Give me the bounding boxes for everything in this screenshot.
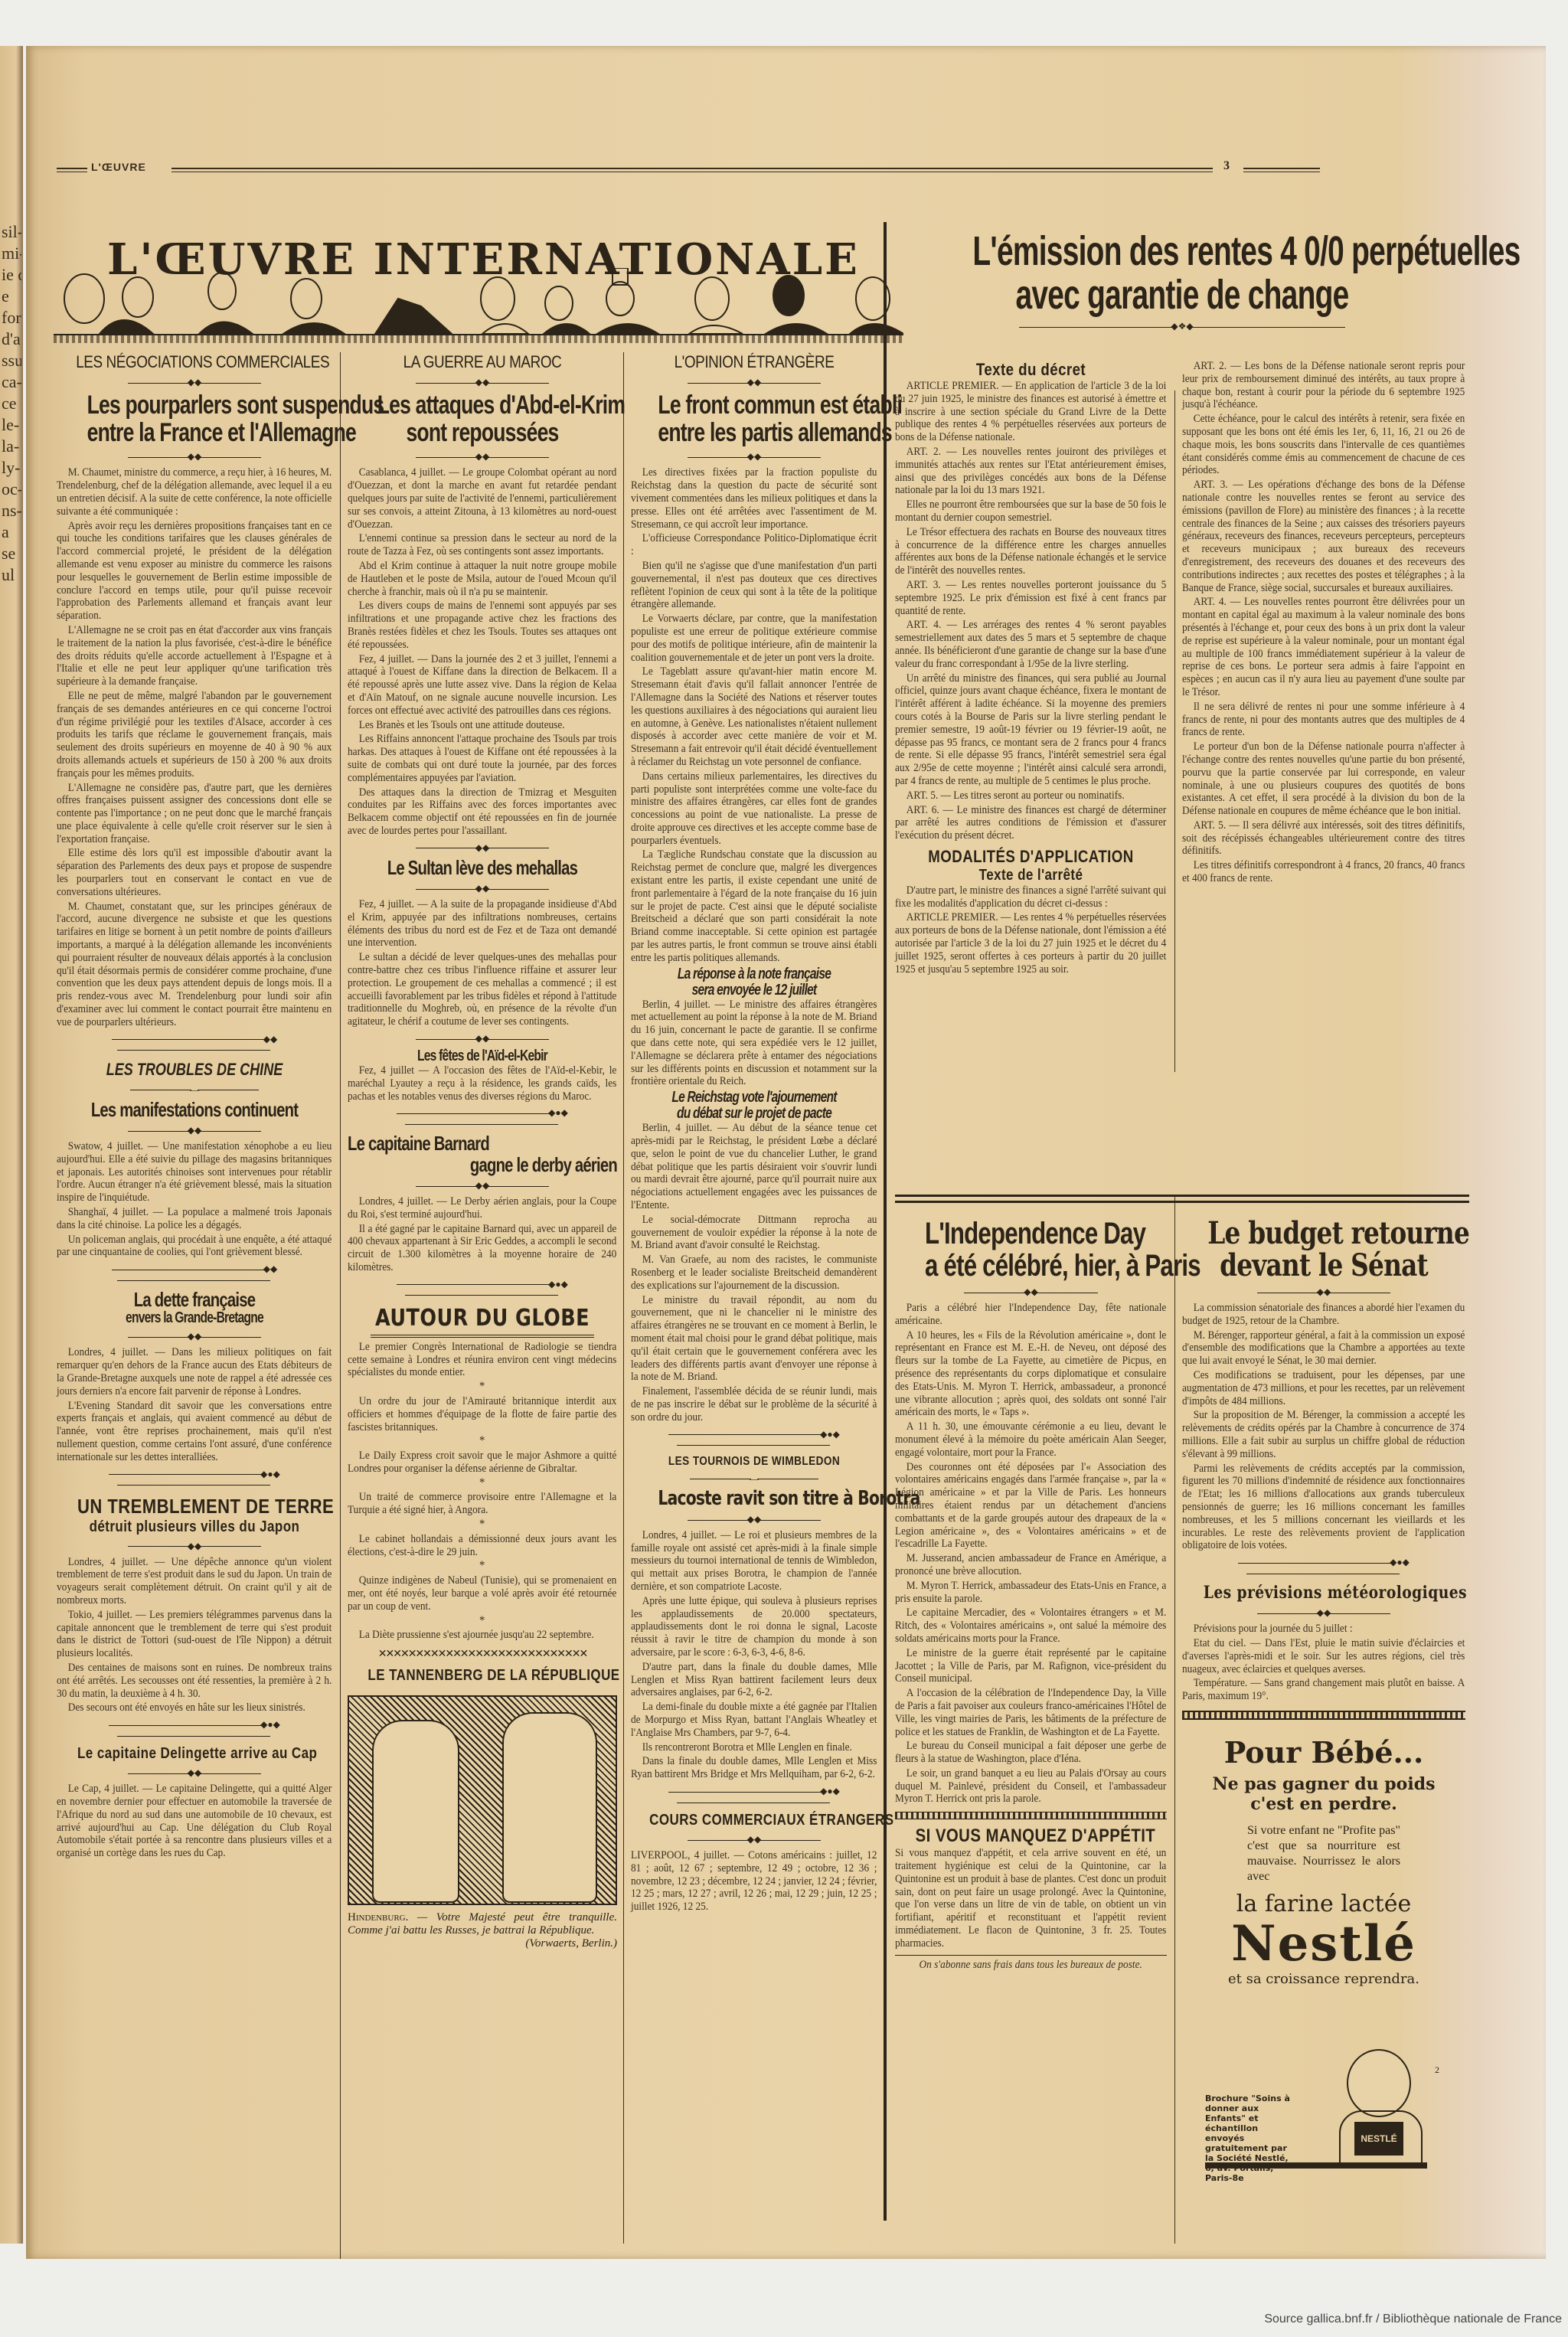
headline: L'Independence Day — [925, 1218, 1137, 1250]
article-body: ARTICLE PREMIER. — En application de l'a… — [895, 380, 1166, 842]
paragraph: M. Bérenger, rapporteur général, a fait … — [1182, 1329, 1465, 1368]
ornament-divider: ◆◆ — [348, 1033, 617, 1044]
paragraph: La commission sénatoriale des finances a… — [1182, 1302, 1465, 1328]
rule — [895, 1955, 1167, 1956]
ad-subtitle: c'est en perdre. — [1182, 1794, 1465, 1814]
column-rule — [340, 352, 341, 2259]
paragraph: ART. 6. — Le ministre des finances est c… — [895, 804, 1166, 842]
paragraph: Des attaques dans la direction de Tmizra… — [348, 786, 616, 838]
article-body: Londres, 4 juillet. — Dans les milieux p… — [57, 1346, 332, 1463]
column-commerce: LES NÉGOCIATIONS COMMERCIALES ◆◆ Les pou… — [57, 352, 332, 1861]
kicker: LES NÉGOCIATIONS COMMERCIALES — [76, 352, 313, 372]
paragraph: Un traité de commerce provisoire entre l… — [348, 1491, 616, 1517]
paragraph: L'Allemagne ne considère pas, d'autre pa… — [57, 782, 332, 846]
wavy-divider — [1182, 1711, 1465, 1720]
article-body: M. Chaumet, ministre du commerce, a reçu… — [57, 466, 332, 1028]
ornament-divider: ◆●◆ — [631, 1786, 877, 1807]
cross-divider: ✕✕✕✕✕✕✕✕✕✕✕✕✕✕✕✕✕✕✕✕✕✕✕✕✕✕✕✕ — [348, 1648, 617, 1661]
paragraph: Elle ne peut de même, malgré l'abandon p… — [57, 690, 332, 780]
ornament-divider: ◆◆ — [1182, 1607, 1465, 1618]
paragraph: Parmi les relèvements de crédits accepté… — [1182, 1463, 1465, 1553]
budget-article: Le budget retourne devant le Sénat ◆◆ La… — [1182, 1218, 1465, 2164]
ad-mark: 2 — [1435, 2064, 1439, 2076]
paragraph: Londres, 4 juillet. — Dans les milieux p… — [57, 1346, 332, 1397]
paragraph: Un arrêté du ministre des finances, qui … — [895, 672, 1166, 788]
rentes-column-right: ART. 2. — Les bons de la Défense nationa… — [1182, 360, 1465, 887]
ad-brochure-offer: Brochure "Soins à donner aux Enfants" et… — [1205, 2093, 1293, 2183]
paragraph: Etat du ciel. — Dans l'Est, pluie le mat… — [1182, 1637, 1465, 1675]
article-body: D'autre part, le ministre des finances a… — [895, 884, 1166, 976]
paragraph: ARTICLE PREMIER. — Les rentes 4 % perpét… — [895, 911, 1166, 976]
paragraph: Des couronnes ont été déposées par l'« A… — [895, 1461, 1166, 1551]
subheading: Texte du décret — [916, 360, 1147, 380]
headline: L'émission des rentes 4 0/0 perpétuelles — [972, 230, 1391, 273]
subheading: Texte de l'arrêté — [916, 867, 1147, 884]
headline: détruit plusieurs villes du Japon — [77, 1518, 312, 1536]
baby-illustration — [1347, 2049, 1411, 2117]
kicker: L'OPINION ÉTRANGÈRE — [648, 352, 861, 372]
headline: du débat sur le projet de pacte — [658, 1106, 850, 1122]
article-body: Berlin, 4 juillet. — Au début de la séan… — [631, 1122, 877, 1423]
paragraph: D'autre part, le ministre des finances a… — [895, 884, 1166, 910]
ornament-divider: ◆◆ — [57, 1034, 332, 1055]
headline: Le budget retourne — [1207, 1218, 1439, 1250]
rentes-column-left: Texte du décret ARTICLE PREMIER. — En ap… — [895, 360, 1167, 977]
paragraph: ART. 4. — Les arrérages des rentes 4 % s… — [895, 619, 1166, 670]
headline: entre les partis allemands — [658, 420, 850, 447]
kicker: LES TOURNOIS DE WIMBLEDON — [649, 1455, 859, 1469]
previous-page-fragment: ns- — [2, 501, 21, 521]
paragraph: Elles ne pourront être remboursées que s… — [895, 498, 1166, 525]
previous-page-edge: sil-mi-ie defor-d'assuca-cele-la-ly-oc-n… — [0, 46, 23, 2244]
headline: sera envoyée le 12 juillet — [658, 982, 850, 999]
paragraph: Berlin, 4 juillet. — Au début de la séan… — [631, 1122, 877, 1212]
headline: gagne le derby aérien — [407, 1155, 617, 1175]
ornament-divider: ◆◆ — [57, 1331, 332, 1342]
column-rule — [1174, 1195, 1175, 2244]
article-body: Casablanca, 4 juillet. — Le groupe Colom… — [348, 466, 616, 837]
paragraph: L'ennemi continue sa pression dans le se… — [348, 532, 616, 558]
paragraph: Après une lutte épique, qui souleva à pl… — [631, 1595, 877, 1659]
asterism: * — [348, 1518, 616, 1531]
newspaper-name: L'ŒUVRE — [91, 161, 146, 173]
previous-page-fragment: se — [2, 544, 21, 564]
previous-page-fragment: oc- — [2, 479, 21, 499]
paragraph: Les directives fixées par la fraction po… — [631, 466, 877, 531]
headline: devant le Sénat — [1207, 1250, 1439, 1282]
article-body: Fez, 4 juillet — A l'occasion des fêtes … — [348, 1064, 616, 1103]
paragraph: Finalement, l'assemblée décida de se réu… — [631, 1385, 877, 1423]
wavy-divider — [895, 1812, 1167, 1819]
subscription-note: On s'abonne sans frais dans tous les bur… — [895, 1959, 1166, 1972]
market-quotes: LIVERPOOL, 4 juillet. — Cotons américain… — [631, 1849, 877, 1914]
article-body: Londres, 4 juillet. — Une dépêche annonc… — [57, 1556, 332, 1715]
article-body: Le Cap, 4 juillet. — Le capitaine Deling… — [57, 1783, 332, 1860]
previous-page-fragment: la- — [2, 436, 21, 456]
cartoon-illustration — [348, 1695, 617, 1905]
paragraph: Le Daily Express croit savoir que le maj… — [348, 1450, 616, 1476]
paragraph: Il a été gagné par le capitaine Barnard … — [348, 1223, 616, 1274]
paragraph: Le capitaine Mercadier, des « Volontaire… — [895, 1606, 1166, 1645]
paragraph: Ils rencontreront Borotra et Mlle Lengle… — [631, 1741, 877, 1754]
article-body: Le premier Congrès International de Radi… — [348, 1341, 616, 1642]
paragraph: M. Jusserand, ancien ambassadeur de Fran… — [895, 1552, 1166, 1578]
ornament-divider: ◆❖◆ — [891, 321, 1473, 332]
previous-page-fragment: ssu — [2, 351, 21, 371]
paragraph: Bien qu'il ne s'agisse que d'une manifes… — [631, 560, 877, 611]
article-body: Londres, 4 juillet. — Le Derby aérien an… — [348, 1195, 616, 1274]
paragraph: Les divers coups de mains de l'ennemi so… — [348, 600, 616, 651]
paragraph: Dans certains milieux parlementaires, le… — [631, 770, 877, 848]
previous-page-fragment: ul — [2, 565, 21, 585]
ornament-divider: ◆◆ — [348, 377, 617, 387]
paragraph: Swatow, 4 juillet. — Une manifestation x… — [57, 1140, 332, 1204]
paragraph: Londres, 4 juillet. — Le roi et plusieur… — [631, 1529, 877, 1593]
headline: Les prévisions météorologiques — [1204, 1583, 1445, 1603]
headline: avec garantie de change — [972, 273, 1391, 317]
paragraph: La Diète prussienne s'est ajournée jusqu… — [348, 1629, 616, 1642]
paragraph: Le Tageblatt assure qu'avant-hier matin … — [631, 665, 877, 768]
rentes-article: L'émission des rentes 4 0/0 perpétuelles… — [891, 230, 1473, 336]
paragraph: ART. 3. — Les opérations d'échange des b… — [1182, 479, 1465, 594]
ad-subtitle: Ne pas gagner du poids — [1182, 1774, 1465, 1794]
headline: envers la Grande-Bretagne — [87, 1310, 302, 1326]
ad-title: Pour Bébé... — [1182, 1735, 1465, 1770]
paragraph: M. Chaumet, constatant que, sur les prin… — [57, 900, 332, 1029]
paragraph: ART. 4. — Les nouvelles rentes pourront … — [1182, 596, 1465, 698]
ornament-divider: ◆●◆ — [348, 1107, 617, 1129]
paragraph: Quinze indigènes de Nabeul (Tunisie), qu… — [348, 1574, 616, 1613]
paragraph: Londres, 4 juillet. — Le Derby aérien an… — [348, 1195, 616, 1221]
headline: Le Sultan lève des mehallas — [377, 858, 588, 878]
ornament-divider: ◆◆ — [57, 377, 332, 387]
paragraph: A 11 h. 30, une émouvante cérémonie a eu… — [895, 1420, 1166, 1459]
page-number: 3 — [1223, 159, 1230, 173]
ornament-divider: ◆●◆ — [631, 1429, 877, 1450]
headline: Les fêtes de l'Aïd-el-Kebir — [377, 1048, 588, 1064]
paragraph: Le ministre de la guerre était représent… — [895, 1647, 1166, 1685]
previous-page-fragment: d'a — [2, 329, 21, 349]
ornament-divider: ◆◆ — [57, 1541, 332, 1551]
ornament-divider: ◆◆ — [348, 842, 617, 853]
article-body: Swatow, 4 juillet. — Une manifestation x… — [57, 1140, 332, 1259]
weather-forecast: Prévisions pour la journée du 5 juillet … — [1182, 1623, 1465, 1703]
paragraph: D'autre part, dans la finale du double d… — [631, 1661, 877, 1699]
paragraph: La Tægliche Rundschau constate que la di… — [631, 848, 877, 964]
paragraph: Un ordre du jour de l'Amirauté britanniq… — [348, 1395, 616, 1433]
section-separator — [895, 1195, 1469, 1203]
headline: La dette française — [87, 1289, 302, 1310]
paragraph: A l'occasion de la célébration de l'Inde… — [895, 1687, 1166, 1738]
headline: UN TREMBLEMENT DE TERRE — [77, 1495, 312, 1518]
headline: sont repoussées — [377, 420, 588, 447]
ornament-divider: ◆◆ — [631, 1514, 877, 1525]
previous-page-fragment: ce — [2, 394, 21, 413]
paragraph: Le sultan a décidé de lever quelques-une… — [348, 951, 616, 1028]
paragraph: Prévisions pour la journée du 5 juillet … — [1182, 1623, 1465, 1636]
paragraph: Le Vorwaerts déclare, par contre, que la… — [631, 613, 877, 664]
paragraph: Le premier Congrès International de Radi… — [348, 1341, 616, 1379]
asterism: * — [348, 1560, 616, 1573]
previous-page-fragment: ly- — [2, 458, 21, 478]
paragraph: Le cabinet hollandais a démissionné deux… — [348, 1533, 616, 1559]
paragraph: ART. 5. — Les titres seront au porteur o… — [895, 789, 1166, 802]
ornament-divider: ◆◆ — [631, 451, 877, 462]
paragraph: M. Myron T. Herrick, ambassadeur des Eta… — [895, 1580, 1166, 1606]
paragraph: Ces modifications se traduisent, pour le… — [1182, 1369, 1465, 1407]
ornament-divider: ◆◆ — [631, 377, 877, 387]
paragraph: Il ne sera délivré de rentes ni pour une… — [1182, 701, 1465, 739]
headline: entre la France et l'Allemagne — [87, 420, 302, 447]
ad-product-line: la farine lactée — [1182, 1891, 1465, 1917]
source-credit: Source gallica.bnf.fr / Bibliothèque nat… — [1264, 2312, 1562, 2326]
nestle-brand: Nestlé — [1182, 1917, 1465, 1971]
paragraph: Sur la proposition de M. Bérenger, la co… — [1182, 1409, 1465, 1460]
previous-page-fragment: for- — [2, 308, 21, 328]
article-body: Les directives fixées par la fraction po… — [631, 466, 877, 964]
column-rule — [1174, 391, 1175, 1072]
caricature-frieze-illustration — [54, 268, 903, 334]
paragraph: ART. 3. — Les rentes nouvelles porteront… — [895, 579, 1166, 617]
previous-page-fragment: ie d — [2, 265, 21, 285]
ad-tagline: et sa croissance reprendra. — [1182, 1971, 1465, 1987]
ornament-divider: ◆◆ — [57, 1125, 332, 1136]
headline: Le capitaine Delingette arrive au Cap — [77, 1745, 312, 1763]
previous-page-fragment: sil- — [2, 222, 21, 242]
subheading: MODALITÉS D'APPLICATION — [916, 847, 1147, 867]
newspaper-page: L'ŒUVRE 3 L'ŒUVRE INTERNATIONALE — [26, 46, 1546, 2259]
asterism: * — [348, 1477, 616, 1490]
article-body: Berlin, 4 juillet. — Le ministre des aff… — [631, 999, 877, 1089]
wavy-divider — [54, 335, 903, 343]
paragraph: Le Trésor effectuera des rachats en Bour… — [895, 526, 1166, 577]
headline: Le front commun est établi — [658, 392, 850, 420]
ornament-divider: ◆◆ — [57, 1767, 332, 1778]
paragraph: Un policeman anglais, qui procédait à un… — [57, 1234, 332, 1260]
ornament-divider: — — [631, 1473, 877, 1484]
ornament-divider: ◆◆ — [348, 883, 617, 894]
asterism: * — [348, 1615, 616, 1628]
paragraph: Abd el Krim continue à attaquer la nuit … — [348, 560, 616, 598]
ornament-divider: ◆◆ — [57, 451, 332, 462]
column-maroc: LA GUERRE AU MAROC ◆◆ Les attaques d'Abd… — [348, 352, 617, 1950]
cartoon-caption: Hindenburg. — Votre Majesté peut être tr… — [348, 1911, 617, 1937]
nestle-box: NESTLÉ — [1354, 2122, 1403, 2156]
ornament-divider: ◆◆ — [57, 1263, 332, 1285]
paragraph: M. Van Graefe, au nom des racistes, le c… — [631, 1253, 877, 1292]
paragraph: Shanghaï, 4 juillet. — La populace a mal… — [57, 1206, 332, 1232]
headline: a été célébré, hier, à Paris — [925, 1250, 1137, 1282]
section-title: LES TROUBLES DE CHINE — [81, 1060, 307, 1080]
independence-article: L'Independence Day a été célébré, hier, … — [895, 1218, 1167, 1971]
ornament-divider: ◆●◆ — [57, 1719, 332, 1740]
paragraph: Les Riffains annoncent l'attaque prochai… — [348, 733, 616, 784]
ornament-divider: ◆◆ — [895, 1286, 1167, 1297]
paragraph: Le Cap, 4 juillet. — Le capitaine Deling… — [57, 1783, 332, 1860]
ornament-divider: ◆◆ — [631, 1834, 877, 1845]
paragraph: Le bureau du Conseil municipal a fait dé… — [895, 1740, 1166, 1766]
paragraph: Fez, 4 juillet. — A la suite de la propa… — [348, 898, 616, 950]
article-body: Fez, 4 juillet. — A la suite de la propa… — [348, 898, 616, 1028]
article-body: La commission sénatoriale des finances a… — [1182, 1302, 1465, 1552]
headline: Lacoste ravit son titre à Borotra — [658, 1489, 850, 1509]
ornament-divider: ◆●◆ — [348, 1279, 617, 1300]
column-rule-double — [884, 222, 887, 2221]
quintonine-ad-text: Si vous manquez d'appétit, et cela arriv… — [895, 1847, 1166, 1950]
article-body: Paris a célébré hier l'Independence Day,… — [895, 1302, 1166, 1806]
paragraph: Le porteur d'un bon de la Défense nation… — [1182, 740, 1465, 818]
ornament-divider: — — [57, 1084, 332, 1095]
paragraph: Température. — Sans grand changement mai… — [1182, 1677, 1465, 1703]
previous-page-fragment: mi- — [2, 244, 21, 263]
paragraph: Le ministre du travail répondit, au nom … — [631, 1294, 877, 1384]
paragraph: Des secours ont été envoyés en hâte sur … — [57, 1701, 332, 1714]
ad-bottom-rule — [1205, 2162, 1427, 2169]
ad-body: Si votre enfant ne "Profite pas" c'est q… — [1247, 1823, 1400, 1884]
previous-page-fragment: e — [2, 286, 21, 306]
ornament-divider: ◆●◆ — [1182, 1557, 1465, 1578]
cartoon-credit: (Vorwaerts, Berlin.) — [348, 1937, 617, 1950]
headline: Les attaques d'Abd-el-Krim — [377, 392, 588, 420]
paragraph: Le soir, un grand banquet a eu lieu au P… — [895, 1767, 1166, 1806]
previous-page-fragment: a — [2, 522, 21, 542]
headline: Le capitaine Barnard — [348, 1133, 558, 1154]
column-opinion: L'OPINION ÉTRANGÈRE ◆◆ Le front commun e… — [631, 352, 877, 1914]
paragraph: L'officieuse Correspondance Politico-Dip… — [631, 532, 877, 558]
ornament-divider: ◆●◆ — [57, 1469, 332, 1490]
paragraph: Londres, 4 juillet. — Une dépêche annonc… — [57, 1556, 332, 1607]
headline: AUTOUR DU GLOBE — [367, 1305, 596, 1332]
article-body: ART. 2. — Les bons de la Défense nationa… — [1182, 360, 1465, 885]
paragraph: ART. 5. — Il sera délivré aux intéressés… — [1182, 819, 1465, 858]
paragraph: A 10 heures, les « Fils de la Révolution… — [895, 1329, 1166, 1420]
paragraph: Après avoir reçu les dernières propositi… — [57, 520, 332, 623]
kicker: LA GUERRE AU MAROC — [367, 352, 599, 372]
paragraph: Le social-démocrate Dittmann reprocha au… — [631, 1214, 877, 1252]
rule — [371, 1335, 594, 1338]
ornament-divider: ◆◆ — [348, 1180, 617, 1191]
ornament-divider: ◆◆ — [1182, 1286, 1465, 1297]
paragraph: Tokio, 4 juillet. — Les premiers télégra… — [57, 1609, 332, 1660]
headline: LE TANNENBERG DE LA RÉPUBLIQUE — [367, 1667, 596, 1685]
paragraph: Fez, 4 juillet. — Dans la journée des 2 … — [348, 653, 616, 717]
paragraph: Paris a célébré hier l'Independence Day,… — [895, 1302, 1166, 1328]
asterism: * — [348, 1435, 616, 1448]
paragraph: ART. 2. — Les nouvelles rentes jouiront … — [895, 446, 1166, 497]
paragraph: Les Branès et les Tsouls ont une attitud… — [348, 719, 616, 732]
headline: Les pourparlers sont suspendus — [87, 392, 302, 420]
ornament-divider: ◆◆ — [348, 451, 617, 462]
headline: La réponse à la note française — [658, 966, 850, 982]
running-head: L'ŒUVRE 3 — [57, 165, 1481, 176]
international-banner: L'ŒUVRE INTERNATIONALE — [54, 234, 903, 335]
previous-page-fragment: ca- — [2, 372, 21, 392]
headline: Le Reichstag vote l'ajournement — [658, 1090, 850, 1106]
previous-page-fragment: le- — [2, 415, 21, 435]
paragraph: L'Evening Standard dit savoir que les co… — [57, 1400, 332, 1464]
headline: Les manifestations continuent — [87, 1100, 302, 1120]
paragraph: Des centaines de maisons sont en ruines.… — [57, 1662, 332, 1700]
paragraph: Berlin, 4 juillet. — Le ministre des aff… — [631, 999, 877, 1089]
paragraph: Dans la finale du double dames, Mlle Len… — [631, 1755, 877, 1781]
paragraph: L'Allemagne ne se croit pas en état d'ac… — [57, 624, 332, 688]
article-body: Londres, 4 juillet. — Le roi et plusieur… — [631, 1529, 877, 1781]
paragraph: Elle estime dès lors qu'il est impossibl… — [57, 847, 332, 898]
paragraph: Casablanca, 4 juillet. — Le groupe Colom… — [348, 466, 616, 531]
ad-headline: SI VOUS MANQUEZ D'APPÉTIT — [916, 1825, 1147, 1847]
paragraph: La demi-finale du double mixte a été gag… — [631, 1701, 877, 1739]
paragraph: Fez, 4 juillet — A l'occasion des fêtes … — [348, 1064, 616, 1103]
paragraph: M. Chaumet, ministre du commerce, a reçu… — [57, 466, 332, 518]
paragraph: ARTICLE PREMIER. — En application de l'a… — [895, 380, 1166, 444]
paragraph: Cette échéance, pour le calcul des intér… — [1182, 413, 1465, 477]
headline: COURS COMMERCIAUX ÉTRANGERS — [649, 1812, 859, 1829]
paragraph: Les titres définitifs correspondront à 4… — [1182, 859, 1465, 885]
asterism: * — [348, 1381, 616, 1394]
column-rule — [623, 352, 624, 2244]
paragraph: ART. 2. — Les bons de la Défense nationa… — [1182, 360, 1465, 411]
nestle-advertisement: Pour Bébé... Ne pas gagner du poids c'es… — [1182, 1735, 1465, 2164]
